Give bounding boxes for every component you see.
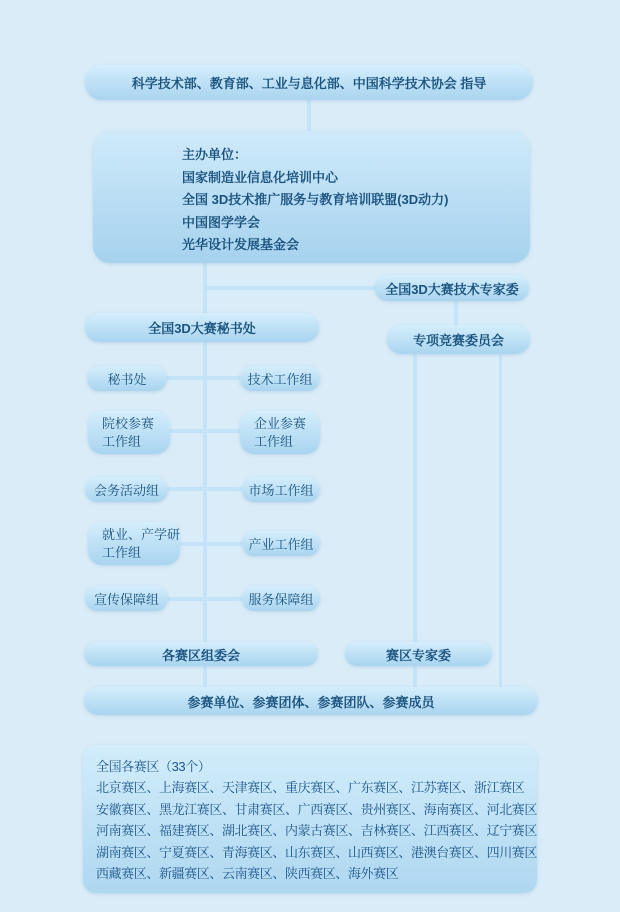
region-expert-committee-box: 赛区专家委 xyxy=(345,642,492,666)
organizer-line: 中国图学学会 xyxy=(182,212,530,235)
connector-experts-participants xyxy=(413,666,417,687)
connector-row-5 xyxy=(165,597,243,601)
organizer-line: 光华设计发展基金会 xyxy=(182,234,530,257)
connector-committees-participants xyxy=(203,666,207,687)
workgroup-employment-research: 就业、产学研 工作组 xyxy=(88,522,180,565)
participants-box: 参赛单位、参赛团体、参赛团队、参赛成员 xyxy=(84,687,538,715)
workgroup-marketing: 市场工作组 xyxy=(242,477,320,502)
regions-line: 安徽赛区、黑龙江赛区、甘肃赛区、广西赛区、贵州赛区、海南赛区、河北赛区 xyxy=(96,799,525,820)
workgroup-conference-activities: 会务活动组 xyxy=(85,477,168,502)
connector-branch-tech-committee xyxy=(205,286,379,290)
connector-tech-special xyxy=(454,301,458,325)
connector-row-3 xyxy=(165,487,243,491)
guidance-box: 科学技术部、教育部、工业与息化部、中国科学技术协会 指导 xyxy=(85,65,533,100)
workgroup-secretariat-office: 秘书处 xyxy=(87,366,167,391)
workgroup-technical: 技术工作组 xyxy=(240,366,320,391)
connector-row-1 xyxy=(165,376,243,380)
workgroup-service-support: 服务保障组 xyxy=(242,586,320,611)
organizer-line: 主办单位： xyxy=(182,144,530,167)
workgroup-industry: 产业工作组 xyxy=(242,531,320,556)
tech-expert-committee-box: 全国3D大赛技术专家委 xyxy=(375,275,529,301)
secretariat-box: 全国3D大赛秘书处 xyxy=(85,313,319,342)
regions-line: 湖南赛区、宁夏赛区、青海赛区、山东赛区、山西赛区、港澳台赛区、四川赛区 xyxy=(96,842,525,863)
workgroup-enterprise-participation: 企业参赛 工作组 xyxy=(240,411,320,454)
connector-row-2 xyxy=(165,429,243,433)
region-committees-box: 各赛区组委会 xyxy=(84,642,318,666)
special-committee-box: 专项竞赛委员会 xyxy=(387,325,530,354)
organizer-line: 全国 3D技术推广服务与教育培训联盟(3D动力) xyxy=(182,189,530,212)
regions-line: 河南赛区、福建赛区、湖北赛区、内蒙古赛区、吉林赛区、江西赛区、辽宁赛区 xyxy=(96,820,525,841)
workgroup-school-participation: 院校参赛 工作组 xyxy=(88,411,170,454)
workgroup-publicity-support: 宣传保障组 xyxy=(85,586,168,611)
regions-line: 北京赛区、上海赛区、天津赛区、重庆赛区、广东赛区、江苏赛区、浙江赛区 xyxy=(96,777,525,798)
regions-title: 全国各赛区（33个） xyxy=(96,756,525,777)
regions-line: 西藏赛区、新疆赛区、云南赛区、陕西赛区、海外赛区 xyxy=(96,863,525,884)
connector-special-region-experts xyxy=(413,354,417,642)
org-chart-canvas: 科学技术部、教育部、工业与息化部、中国科学技术协会 指导 主办单位： 国家制造业… xyxy=(0,0,620,912)
regions-box: 全国各赛区（33个） 北京赛区、上海赛区、天津赛区、重庆赛区、广东赛区、江苏赛区… xyxy=(83,745,537,893)
organizer-line: 国家制造业信息化培训中心 xyxy=(182,167,530,190)
connector-guidance-organizer xyxy=(307,100,311,131)
organizer-box: 主办单位： 国家制造业信息化培训中心 全国 3D技术推广服务与教育培训联盟(3D… xyxy=(93,131,530,263)
connector-special-participants xyxy=(499,354,502,687)
